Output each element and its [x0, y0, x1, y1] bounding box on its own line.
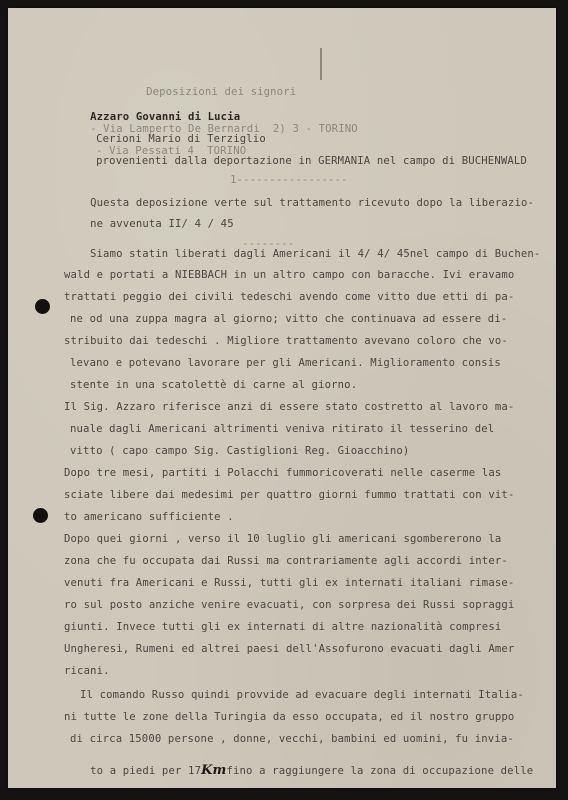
body-line: vitto ( capo campo Sig. Castiglioni Reg.…	[70, 445, 409, 457]
body-line: ni tutte le zone della Turingia da esso …	[64, 711, 514, 723]
body-line: ro sul posto anziche venire evacuati, co…	[64, 599, 514, 611]
body-line: trattati peggio dei civili tedeschi aven…	[64, 291, 514, 303]
body-line: Dopo tre mesi, partiti i Polacchi fummor…	[64, 467, 501, 479]
body-line: Dopo quei giorni , verso il 10 luglio gl…	[64, 533, 501, 545]
body-line: wald e portati a NIEBBACH in un altro ca…	[64, 269, 514, 281]
body-line: to americano sufficiente .	[64, 511, 234, 523]
body-line: ne od una zuppa magra al giorno; vitto c…	[70, 313, 507, 325]
body-line: Siamo statin liberati dagli Americani il…	[90, 248, 540, 260]
document-page: Deposizioni dei signori Azzaro Govanni d…	[8, 8, 556, 788]
body-line: stente in una scatolettè di carne al gio…	[70, 379, 357, 391]
subject-line-2: ne avvenuta II/ 4 / 45	[64, 206, 234, 242]
punch-hole-top	[35, 299, 50, 314]
body-line: Ungheresi, Rumeni ed altrei paesi dell'A…	[64, 643, 514, 655]
body-line: sciate libere dai medesimi per quattro g…	[64, 489, 514, 501]
body-line: nuale dagli Americani altrimenti veniva …	[70, 423, 494, 435]
body-line: venuti fra Americani e Russi, tutti gli …	[64, 577, 514, 589]
handwritten-km: Km	[201, 763, 226, 778]
body-line: Il Sig. Azzaro riferisce anzi di essere …	[64, 401, 514, 413]
pencil-mark	[320, 48, 322, 80]
punch-hole-bottom	[33, 508, 48, 523]
body-line: giunti. Invece tutti gli ex internati di…	[64, 621, 501, 633]
body-line: di circa 15000 persone , donne, vecchi, …	[70, 733, 514, 745]
body-line: zona che fu occupata dai Russi ma contra…	[64, 555, 508, 567]
body-line-last: to a piedi per 17Kmfino a raggiungere la…	[64, 753, 533, 789]
body-line: Il comando Russo quindi provvide ad evac…	[80, 689, 524, 701]
body-line: stribuito dai tedeschi . Migliore tratta…	[64, 335, 508, 347]
body-line: levano e potevano lavorare per gli Ameri…	[70, 357, 501, 369]
body-line: ricani.	[64, 665, 110, 677]
